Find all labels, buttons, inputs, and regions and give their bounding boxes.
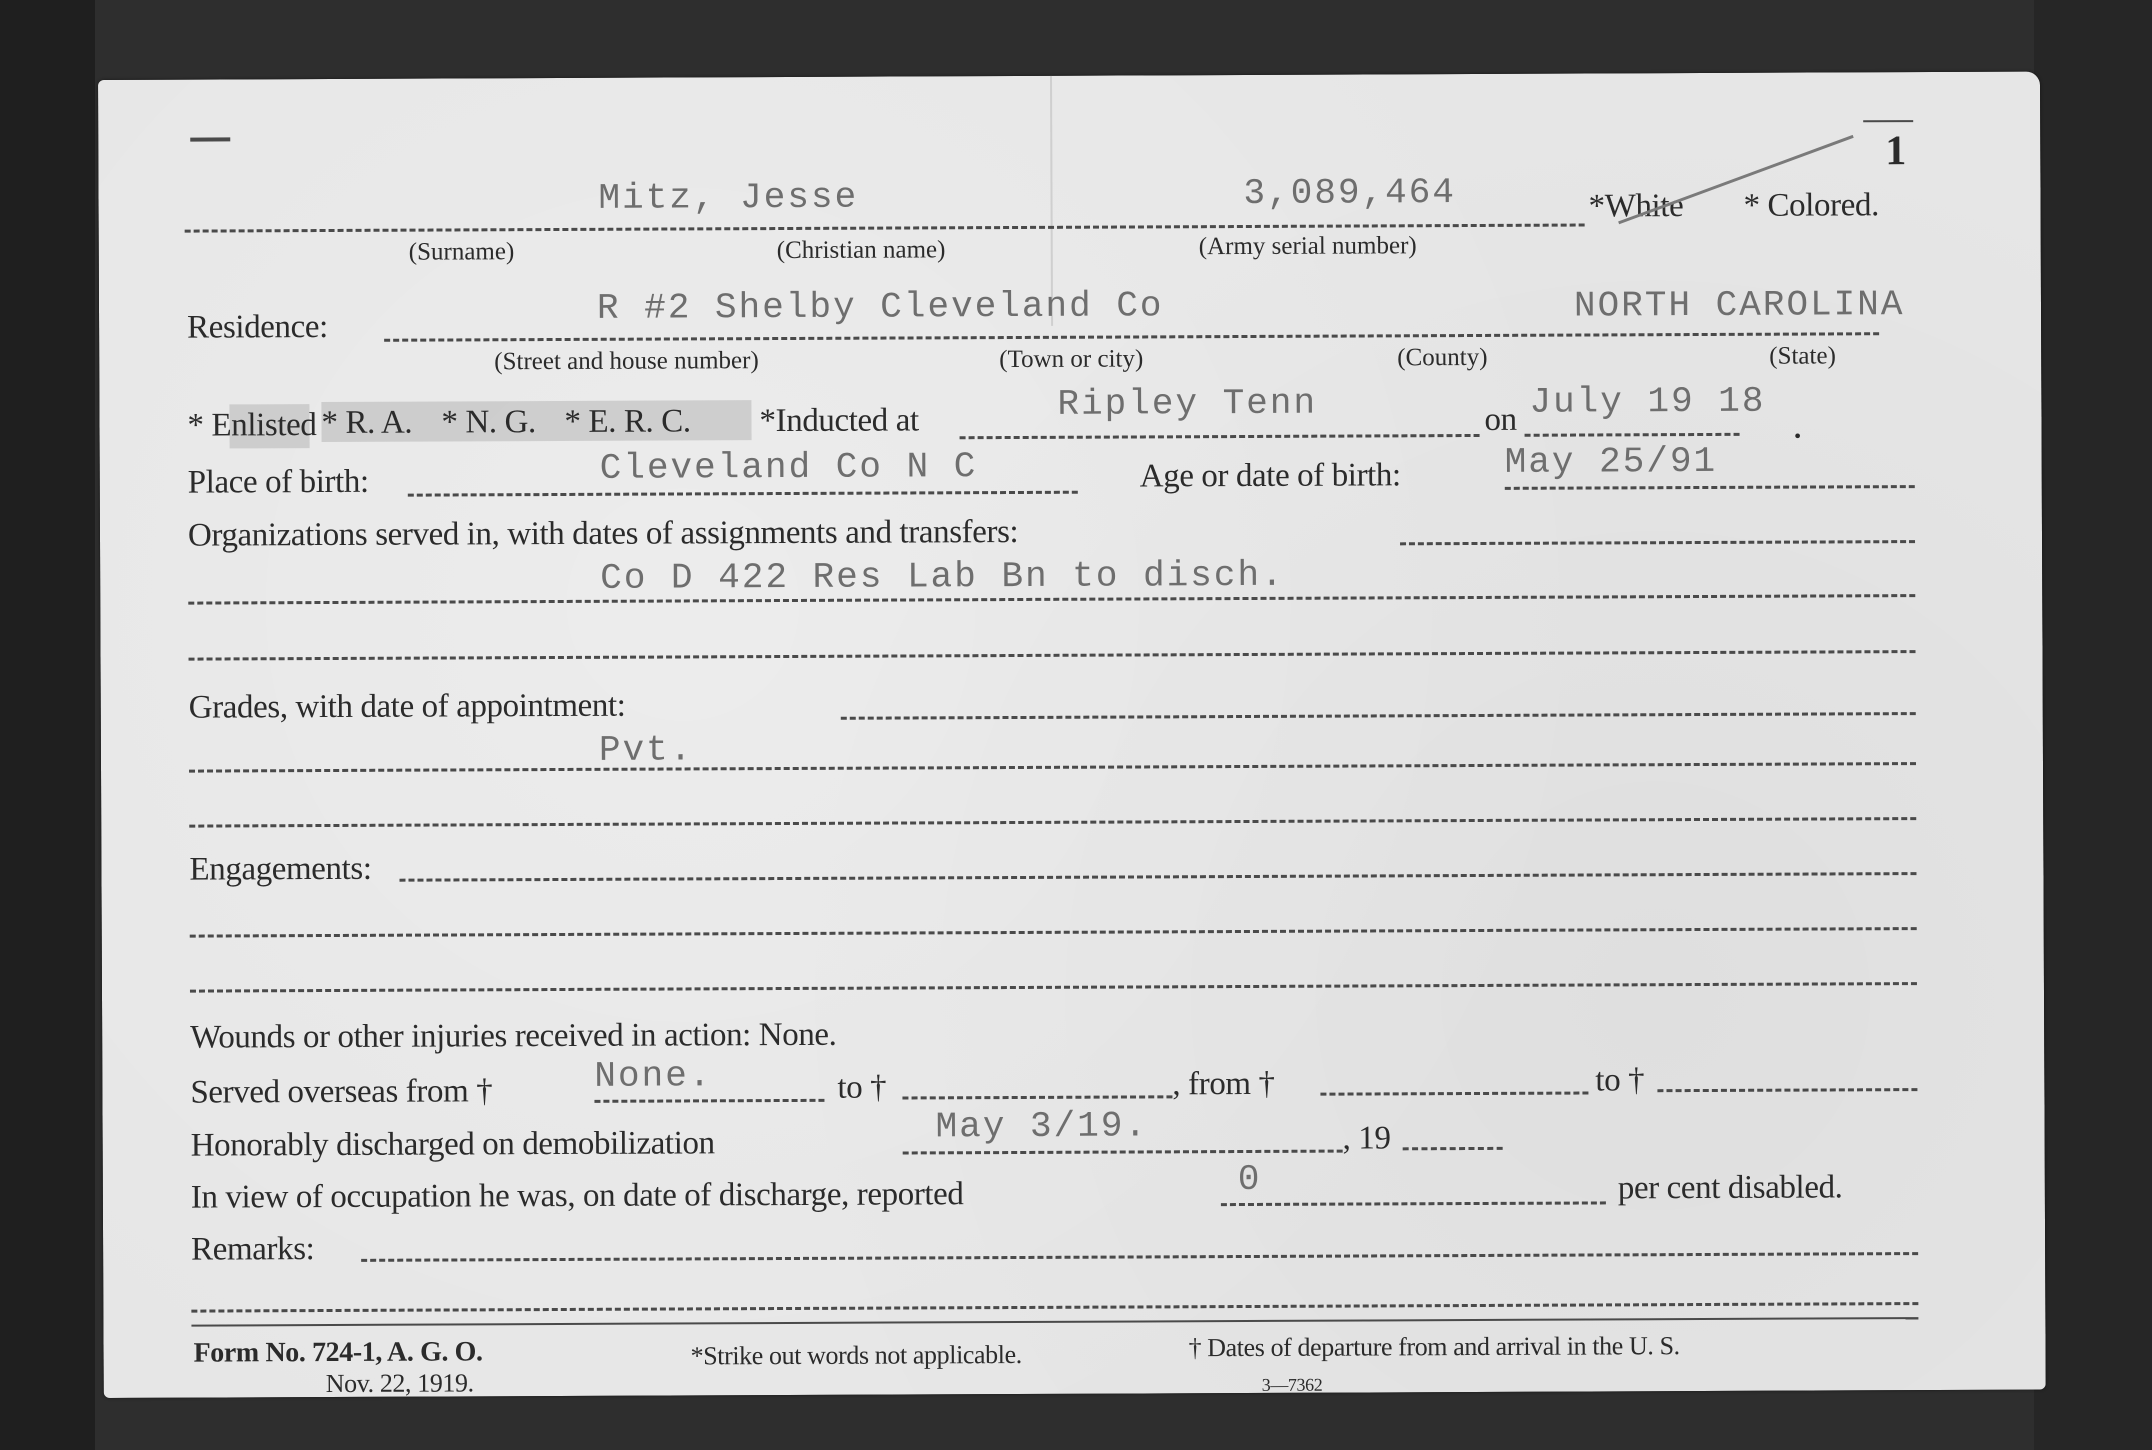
- grades-value: Pvt.: [599, 729, 694, 770]
- overseas-from2-label: , from †: [1172, 1066, 1274, 1103]
- county-caption: (County): [1397, 344, 1487, 372]
- name-value: Mitz, Jesse: [598, 177, 858, 219]
- dates-note: † Dates of departure from and arrival in…: [1188, 1331, 1679, 1363]
- disability-line: [1221, 1201, 1606, 1206]
- engagements-line-1: [399, 872, 1916, 882]
- discharge-label: Honorably discharged on demobilization: [191, 1125, 715, 1164]
- disability-label: In view of occupation he was, on date of…: [191, 1176, 964, 1216]
- christian-name-caption: (Christian name): [777, 236, 946, 265]
- organizations-value: Co D 422 Res Lab Bn to disch.: [600, 555, 1285, 599]
- discharge-value: May 3/19.: [935, 1105, 1148, 1147]
- grades-line-3: [189, 817, 1916, 828]
- induction-date-value: July 19 18: [1529, 381, 1765, 423]
- birth-place-label: Place of birth:: [188, 464, 369, 502]
- scan-background-right: [2034, 0, 2152, 1450]
- serial-caption: (Army serial number): [1199, 232, 1417, 261]
- overseas-from-line: [594, 1099, 824, 1103]
- remarks-line-1: [361, 1252, 1918, 1262]
- race-colored: * Colored.: [1743, 187, 1878, 225]
- strike-note: *Strike out words not applicable.: [691, 1340, 1022, 1371]
- organizations-line-3: [189, 650, 1916, 661]
- age-label: Age or date of birth:: [1140, 457, 1401, 495]
- residence-line: [384, 332, 1879, 342]
- induction-date-end: .: [1792, 401, 1802, 448]
- disability-value: 0: [1238, 1159, 1262, 1200]
- inducted-label: *Inducted at: [759, 402, 918, 440]
- overseas-to2-line: [1657, 1088, 1917, 1092]
- age-line: [1505, 485, 1915, 490]
- discharge-year-line: [1403, 1147, 1503, 1150]
- disability-suffix: per cent disabled.: [1618, 1169, 1843, 1207]
- overseas-to-label: to †: [837, 1070, 886, 1107]
- inducted-line: [960, 434, 1480, 439]
- form-number: Form No. 724-1, A. G. O.: [193, 1336, 482, 1369]
- page-number-overline: [1863, 120, 1913, 122]
- name-line: [185, 224, 1585, 233]
- town-caption: (Town or city): [999, 345, 1143, 374]
- top-dash-mark: [190, 137, 230, 141]
- inducted-value: Ripley Tenn: [1057, 383, 1317, 425]
- footer-rule: [191, 1317, 1918, 1327]
- state-caption: (State): [1769, 342, 1836, 370]
- engagements-label: Engagements:: [189, 851, 371, 889]
- page-number: 1: [1885, 127, 1906, 175]
- remarks-line-2: [191, 1302, 1918, 1313]
- serial-value: 3,089,464: [1243, 172, 1456, 214]
- overseas-label: Served overseas from †: [190, 1073, 492, 1111]
- organizations-label: Organizations served in, with dates of a…: [188, 514, 1018, 555]
- ra-option: * R. A.: [321, 405, 412, 442]
- overseas-from2-line: [1320, 1092, 1588, 1096]
- on-label: on: [1484, 402, 1516, 439]
- scan-background-left: [0, 0, 95, 1450]
- birth-place-value: Cleveland Co N C: [600, 446, 978, 489]
- print-code: 3—7362: [1262, 1375, 1323, 1396]
- grades-line-1: [841, 712, 1916, 720]
- engagements-line-2: [190, 927, 1917, 938]
- induction-date-line: [1525, 433, 1740, 437]
- age-value: May 25/91: [1505, 441, 1718, 483]
- erc-option: * E. R. C.: [564, 403, 690, 441]
- street-caption: (Street and house number): [494, 347, 759, 376]
- enlisted-option: * Enlisted: [187, 407, 316, 445]
- discharge-year-label: , 19: [1343, 1120, 1391, 1157]
- residence-label: Residence:: [187, 309, 328, 347]
- overseas-to2-label: to †: [1595, 1062, 1644, 1099]
- overseas-from-value: None.: [594, 1055, 712, 1097]
- form-date: Nov. 22, 1919.: [326, 1368, 474, 1399]
- race-white: *White: [1588, 188, 1683, 225]
- engagements-line-3: [190, 982, 1917, 993]
- discharge-line: [903, 1150, 1343, 1155]
- grades-label: Grades, with date of appointment:: [189, 688, 626, 727]
- overseas-to-line: [902, 1095, 1172, 1099]
- surname-caption: (Surname): [409, 238, 515, 266]
- grades-line-2: [189, 762, 1916, 773]
- wounds-label: Wounds or other injuries received in act…: [190, 1017, 836, 1057]
- remarks-label: Remarks:: [191, 1231, 314, 1269]
- birth-place-line: [408, 491, 1078, 497]
- ng-option: * N. G.: [441, 404, 536, 441]
- organizations-line-1: [1400, 540, 1915, 545]
- state-value: NORTH CAROLINA: [1574, 284, 1905, 326]
- residence-value: R #2 Shelby Cleveland Co: [597, 285, 1164, 328]
- service-record-card: 1 Mitz, Jesse 3,089,464 *White * Colored…: [98, 72, 2046, 1398]
